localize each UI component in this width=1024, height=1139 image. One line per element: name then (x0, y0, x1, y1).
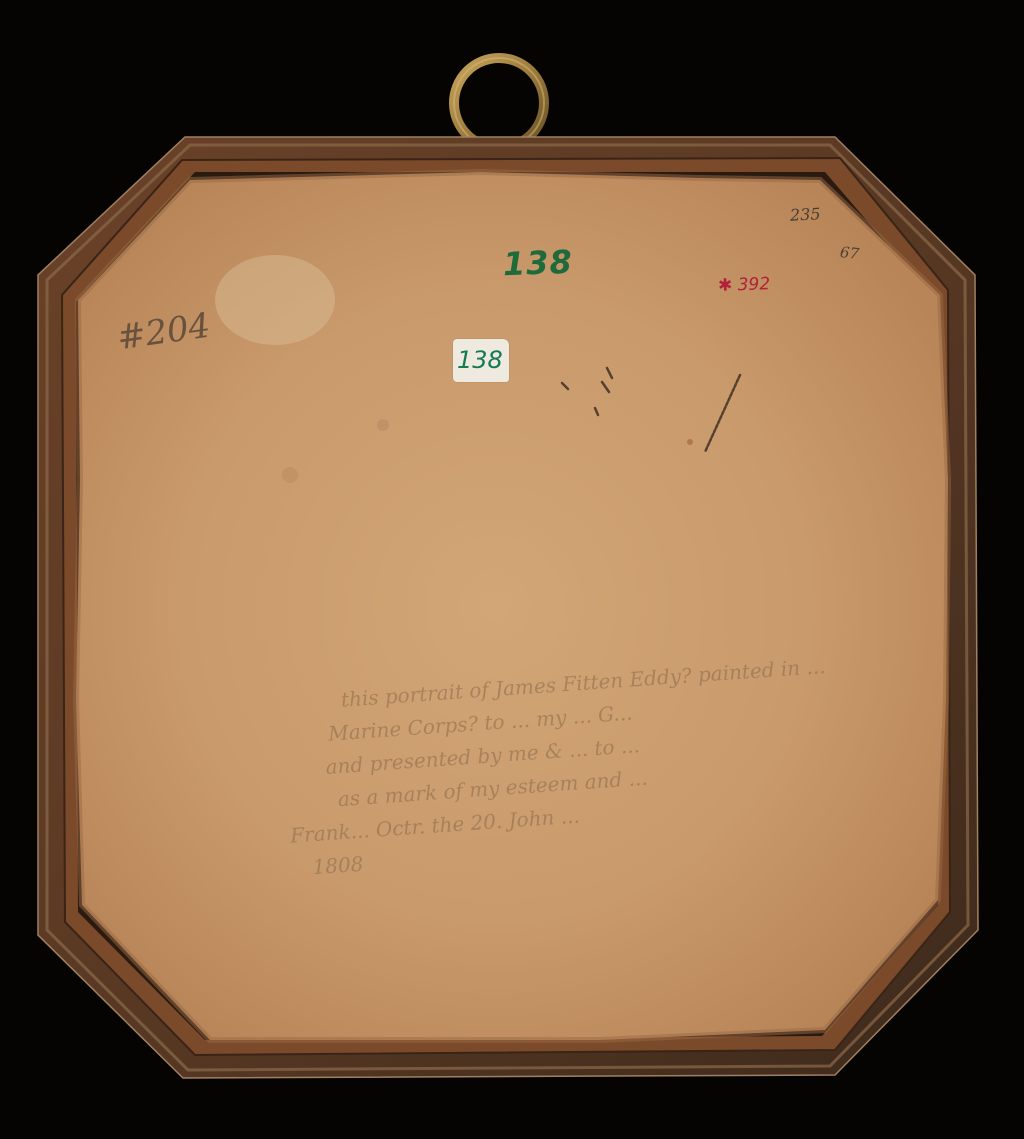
red-ink-mark: ✱ 392 (718, 274, 771, 296)
label-sticker-number: 138 (457, 346, 503, 374)
label-sticker: 138 (453, 339, 509, 382)
pencil-number-corner: 67 (839, 243, 860, 263)
catalog-number-green: 138 (502, 243, 573, 283)
pencil-number-top-right: 235 (790, 204, 821, 225)
framed-miniature-back: 138 138 235 67 ✱ 392 #204 this portrait … (0, 0, 1024, 1139)
octagonal-frame (0, 0, 1024, 1139)
